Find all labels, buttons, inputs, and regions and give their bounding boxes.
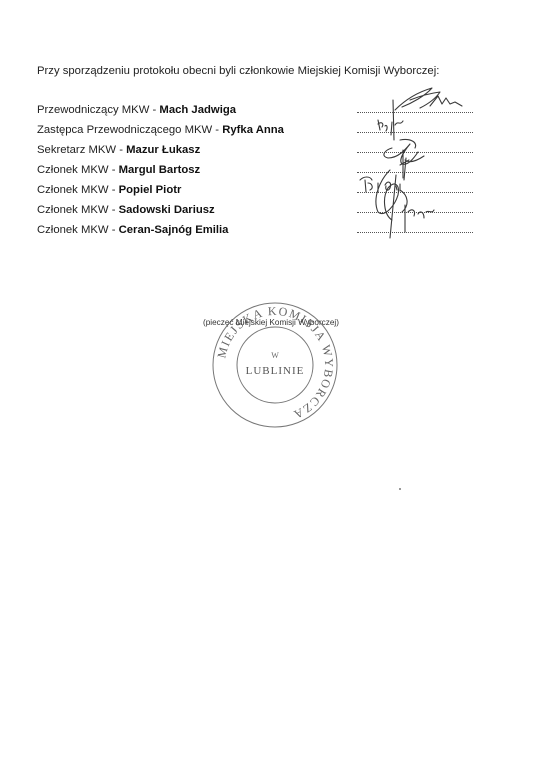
member-name: Ryfka Anna: [222, 124, 284, 136]
member-row-member-4: Członek MKW - Ceran-Sajnóg Emilia: [37, 224, 228, 236]
member-role: Członek MKW -: [37, 164, 119, 176]
member-row-member-2: Członek MKW - Popiel Piotr: [37, 184, 181, 196]
signature-line: [357, 172, 473, 173]
signature-line: [357, 132, 473, 133]
signature-line: [357, 232, 473, 233]
member-name: Popiel Piotr: [119, 184, 182, 196]
member-role: Członek MKW -: [37, 204, 119, 216]
signature-line: [357, 192, 473, 193]
member-name: Mach Jadwiga: [159, 104, 236, 116]
signature-line: [357, 112, 473, 113]
scan-speck: [399, 488, 401, 490]
signature-line: [357, 152, 473, 153]
stamp-center-main: LUBLINIE: [246, 365, 305, 377]
member-row-member-3: Członek MKW - Sadowski Dariusz: [37, 204, 215, 216]
member-row-member-1: Członek MKW - Margul Bartosz: [37, 164, 200, 176]
member-row-deputy: Zastępca Przewodniczącego MKW - Ryfka An…: [37, 124, 284, 136]
member-role: Członek MKW -: [37, 224, 119, 236]
member-role: Przewodniczący MKW -: [37, 104, 159, 116]
member-name: Sadowski Dariusz: [119, 204, 215, 216]
member-row-secretary: Sekretarz MKW - Mazur Łukasz: [37, 144, 200, 156]
member-role: Zastępca Przewodniczącego MKW -: [37, 124, 222, 136]
member-name: Margul Bartosz: [119, 164, 201, 176]
member-role: Sekretarz MKW -: [37, 144, 126, 156]
member-name: Ceran-Sajnóg Emilia: [119, 224, 229, 236]
stamp-center-top: W: [271, 351, 279, 360]
member-role: Członek MKW -: [37, 184, 119, 196]
stamp-caption: (pieczęć Miejskiej Komisji Wyborczej): [203, 318, 339, 327]
intro-text: Przy sporządzeniu protokołu obecni byli …: [37, 65, 439, 77]
signature-line: [357, 212, 473, 213]
member-row-chair: Przewodniczący MKW - Mach Jadwiga: [37, 104, 236, 116]
member-name: Mazur Łukasz: [126, 144, 200, 156]
